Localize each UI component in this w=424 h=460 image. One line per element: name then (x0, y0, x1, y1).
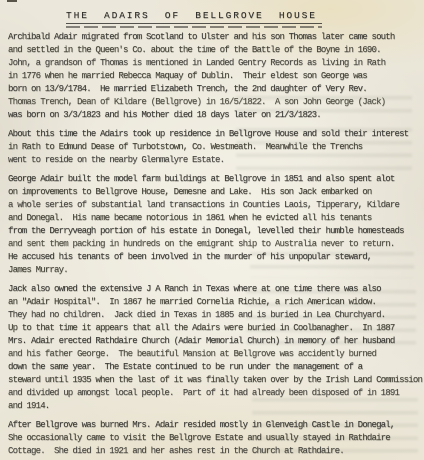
scanned-document-page: THE ADAIRS OF BELLGROVE HOUSE Archibald … (0, 0, 424, 460)
text-line: born on 13/9/1784. He married Elizabeth … (8, 83, 423, 96)
text-line: in Rath to Edmund Dease of Turbotstown, … (8, 141, 423, 154)
document-body: Archibald Adair migrated from Scotland t… (8, 31, 423, 460)
text-line: and sent them packing in hundreds on the… (8, 238, 423, 251)
text-line: in 1776 when he married Rebecca Maquay o… (8, 70, 423, 83)
text-line: and his father George. The beautiful Man… (8, 348, 423, 361)
text-line: on improvements to Bellgrove House, Deme… (8, 186, 423, 199)
text-line: James Murray. (8, 264, 423, 277)
text-line: Archibald Adair migrated from Scotland t… (8, 31, 423, 44)
text-line: from the Derryveagh portion of his estat… (8, 225, 423, 238)
text-line: Up to that time it appears that all the … (8, 322, 423, 335)
text-line: an "Adair Hospital". In 1867 he married … (8, 296, 423, 309)
title-underscore-line (66, 26, 322, 28)
text-line: steward until 1935 when the last of it w… (8, 374, 423, 387)
title-block: THE ADAIRS OF BELLGROVE HOUSE (66, 5, 322, 28)
text-line: George Adair built the model farm buildi… (8, 173, 423, 186)
text-line: After Bellgrove was burned Mrs. Adair re… (8, 419, 423, 432)
text-line: Jack also owned the extensive J A Ranch … (8, 283, 423, 296)
text-line: Cottage. She died in 1921 and her ashes … (8, 445, 423, 458)
paragraph-2: About this time the Adairs took up resid… (8, 128, 423, 167)
paragraph-1: Archibald Adair migrated from Scotland t… (8, 31, 423, 122)
scan-edge-mark (7, 0, 17, 2)
text-line: They had no children. Jack died in Texas… (8, 309, 423, 322)
text-line: Mrs. Adair erected Rathdaire Church (Ada… (8, 335, 423, 348)
text-line: a whole series of substantial land trans… (8, 199, 423, 212)
text-line: and settled in the Queen's Co. about the… (8, 44, 423, 57)
text-line: was born on 3/3/1823 and his Mother died… (8, 109, 423, 122)
text-line: went to reside on the nearby Glenmalyre … (8, 154, 423, 167)
text-line: and 1914. (8, 400, 423, 413)
text-line: and divided up amongst local people. Par… (8, 387, 423, 400)
text-line: down the same year. The Estate continued… (8, 361, 423, 374)
text-line: John, a grandson of Thomas is mentioned … (8, 57, 423, 70)
text-line: She occasionally came to visit the Bellg… (8, 432, 423, 445)
paragraph-4: Jack also owned the extensive J A Ranch … (8, 283, 423, 413)
text-line: He accused his tenants of been involved … (8, 251, 423, 264)
paragraph-3: George Adair built the model farm buildi… (8, 173, 423, 277)
text-line: About this time the Adairs took up resid… (8, 128, 423, 141)
document-title: THE ADAIRS OF BELLGROVE HOUSE (66, 10, 322, 24)
paragraph-5: After Bellgrove was burned Mrs. Adair re… (8, 419, 423, 458)
text-line: and Donegal. His name became notorious i… (8, 212, 423, 225)
text-line: Thomas Trench, Dean of Kildare (Bellgrov… (8, 96, 423, 109)
